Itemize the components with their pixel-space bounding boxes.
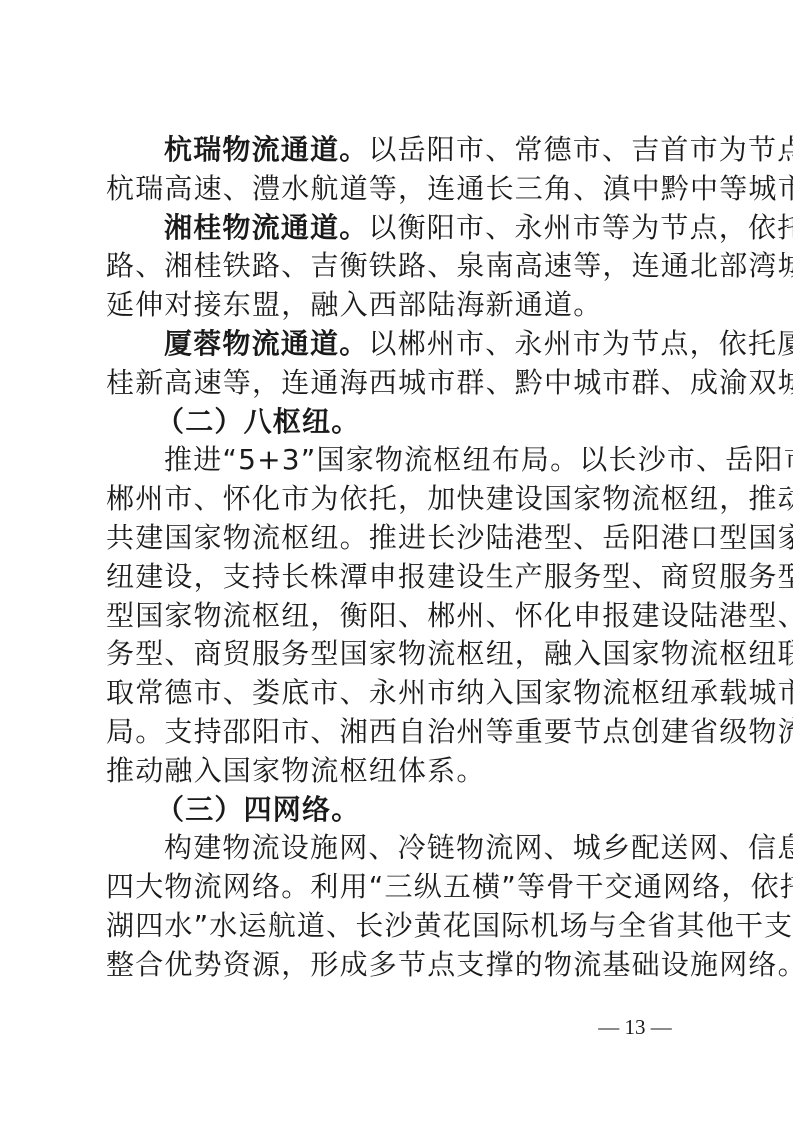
paragraph-xianggui-corridor: 湘桂物流通道。以衡阳市、永州市等为节点，依托衡柳铁 路、湘桂铁路、吉衡铁路、泉南… — [106, 209, 692, 325]
page-number: — 13 — — [590, 1012, 680, 1042]
paragraph-line: 型国家物流枢纽，衡阳、郴州、怀化申报建设陆港型、生产服 — [106, 597, 692, 636]
paragraph-xiarong-corridor: 厦蓉物流通道。以郴州市、永州市为节点，依托厦蓉高速、 桂新高速等，连通海西城市群… — [106, 325, 692, 403]
paragraph-line: 杭瑞高速、澧水航道等，连通长三角、滇中黔中等城市群。 — [106, 170, 692, 209]
section-heading-four-networks: （三）四网络。 — [106, 791, 692, 830]
paragraph-line: 整合优势资源，形成多节点支撑的物流基础设施网络。以提高 — [106, 946, 692, 985]
paragraph-line: 共建国家物流枢纽。推进长沙陆港型、岳阳港口型国家物流枢 — [106, 519, 692, 558]
paragraph-hangrui-corridor: 杭瑞物流通道。以岳阳市、常德市、吉首市为节点，依托 杭瑞高速、澧水航道等，连通长… — [106, 131, 692, 209]
paragraph-line: 推动融入国家物流枢纽体系。 — [106, 752, 692, 791]
paragraph-line: 延伸对接东盟，融入西部陆海新通道。 — [106, 286, 692, 325]
paragraph-line: 局。支持邵阳市、湘西自治州等重要节点创建省级物流枢纽， — [106, 713, 692, 752]
paragraph-line: 纽建设，支持长株潭申报建设生产服务型、商贸服务型、空港 — [106, 558, 692, 597]
paragraph-text: 以郴州市、永州市为节点，依托厦蓉高速、 — [368, 327, 793, 360]
paragraph-lead-title: 杭瑞物流通道。 — [164, 133, 368, 166]
paragraph-hubs: 推进“5+3”国家物流枢纽布局。以长沙市、岳阳市、衡阳市、 郴州市、怀化市为依托… — [106, 441, 692, 790]
paragraph-line: 湘桂物流通道。以衡阳市、永州市等为节点，依托衡柳铁 — [106, 209, 692, 248]
paragraph-line: 路、湘桂铁路、吉衡铁路、泉南高速等，连通北部湾城市群， — [106, 247, 692, 286]
paragraph-line: 取常德市、娄底市、永州市纳入国家物流枢纽承载城市规划布 — [106, 674, 692, 713]
paragraph-lead-title: 湘桂物流通道。 — [164, 211, 368, 244]
paragraph-text: 以岳阳市、常德市、吉首市为节点，依托 — [368, 133, 793, 166]
paragraph-line: 桂新高速等，连通海西城市群、黔中城市群、成渝双城经济圈。 — [106, 364, 692, 403]
section-heading-eight-hubs: （二）八枢纽。 — [106, 403, 692, 442]
paragraph-line: 郴州市、怀化市为依托，加快建设国家物流枢纽，推动长株潭 — [106, 480, 692, 519]
paragraph-text: 以衡阳市、永州市等为节点，依托衡柳铁 — [368, 211, 793, 244]
paragraph-line: 构建物流设施网、冷链物流网、城乡配送网、信息平台网 — [106, 829, 692, 868]
paragraph-networks: 构建物流设施网、冷链物流网、城乡配送网、信息平台网 四大物流网络。利用“三纵五横… — [106, 829, 692, 984]
paragraph-line: 湖四水”水运航道、长沙黄花国际机场与全省其他干支线机场， — [106, 907, 692, 946]
paragraph-line: 务型、商贸服务型国家物流枢纽，融入国家物流枢纽联盟。争 — [106, 635, 692, 674]
paragraph-line: 杭瑞物流通道。以岳阳市、常德市、吉首市为节点，依托 — [106, 131, 692, 170]
paragraph-line: 四大物流网络。利用“三纵五横”等骨干交通网络，依托“一江一 — [106, 868, 692, 907]
document-body: 杭瑞物流通道。以岳阳市、常德市、吉首市为节点，依托 杭瑞高速、澧水航道等，连通长… — [106, 131, 692, 985]
paragraph-lead-title: 厦蓉物流通道。 — [164, 327, 368, 360]
paragraph-line: 推进“5+3”国家物流枢纽布局。以长沙市、岳阳市、衡阳市、 — [106, 441, 692, 480]
paragraph-line: 厦蓉物流通道。以郴州市、永州市为节点，依托厦蓉高速、 — [106, 325, 692, 364]
document-page: 杭瑞物流通道。以岳阳市、常德市、吉首市为节点，依托 杭瑞高速、澧水航道等，连通长… — [0, 0, 793, 1122]
